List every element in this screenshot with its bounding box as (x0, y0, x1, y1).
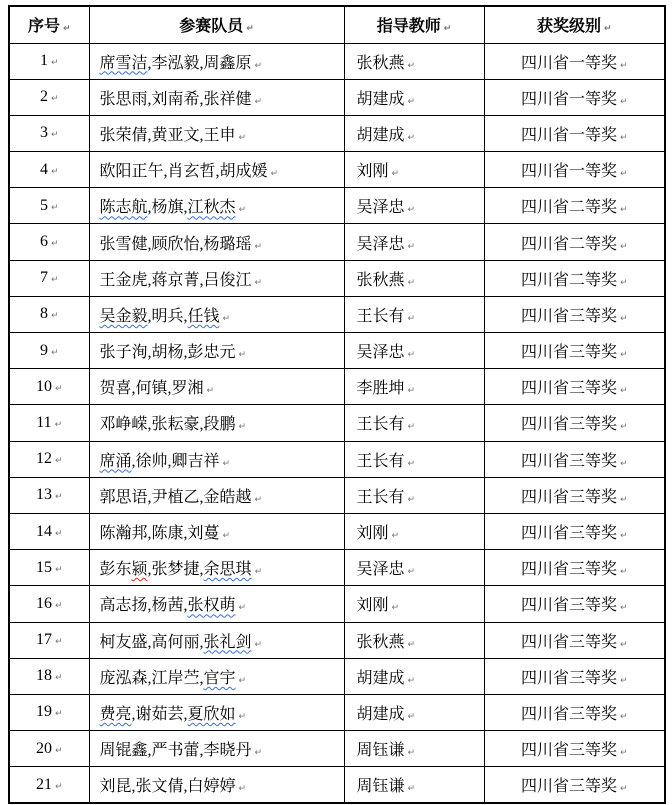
member-name: 官宇 (204, 670, 236, 687)
row-number: 18 (36, 667, 52, 684)
row-number-cell[interactable]: 18↵ (9, 658, 89, 694)
award-cell[interactable]: 四川省三等奖↵ (484, 405, 665, 441)
paragraph-mark-icon: ↵ (620, 278, 628, 288)
member-name: 庞泓森,江岸苎, (100, 670, 204, 687)
award-level: 四川省三等奖 (521, 742, 617, 759)
member-name: 夏欣如 (188, 706, 236, 723)
paragraph-mark-icon: ↵ (271, 169, 279, 179)
paragraph-mark-icon: ↵ (408, 133, 416, 143)
paragraph-mark-icon: ↵ (620, 603, 628, 613)
teacher-cell[interactable]: 王长有↵ (344, 477, 484, 513)
teacher-cell[interactable]: 刘刚↵ (344, 586, 484, 622)
row-number: 3 (40, 124, 48, 141)
award-level: 四川省一等奖 (521, 127, 617, 144)
paragraph-mark-icon: ↵ (620, 495, 628, 505)
table-row: 12↵席涌,徐帅,卿吉祥↵王长有↵四川省三等奖↵ (9, 441, 665, 477)
member-name: 张思雨,刘南希,张祥健 (100, 91, 252, 108)
award-table: 序号↵ 参赛队员↵ 指导教师↵ 获奖级别↵ 1↵席雪洁,李泓毅,周鑫原↵张秋燕↵… (8, 5, 666, 804)
row-number-cell[interactable]: 2↵ (9, 79, 89, 115)
table-header-row: 序号↵ 参赛队员↵ 指导教师↵ 获奖级别↵ (9, 6, 665, 43)
paragraph-mark-icon: ↵ (408, 567, 416, 577)
teacher-name: 周钰谦 (357, 742, 405, 759)
row-number: 6 (40, 233, 48, 250)
paragraph-mark-icon: ↵ (620, 350, 628, 360)
paragraph-mark-icon: ↵ (620, 422, 628, 432)
member-name: 王金虎,蒋京菁,吕俊江 (100, 272, 252, 289)
paragraph-mark-icon: ↵ (255, 97, 263, 107)
member-name: 陈志航 (100, 199, 148, 216)
row-number: 15 (36, 559, 52, 576)
award-cell[interactable]: 四川省三等奖↵ (484, 586, 665, 622)
member-name: 席雪洁 (100, 55, 148, 72)
row-number: 8 (40, 305, 48, 322)
table-row: 2↵张思雨,刘南希,张祥健↵胡建成↵四川省一等奖↵ (9, 79, 665, 115)
teacher-cell[interactable]: 张秋燕↵ (344, 622, 484, 658)
award-cell[interactable]: 四川省三等奖↵ (484, 767, 665, 803)
members-cell[interactable]: 邓峥嵘,张耘豪,段鹏↵ (89, 405, 344, 441)
award-cell[interactable]: 四川省三等奖↵ (484, 296, 665, 332)
member-name: ,杨旗, (148, 199, 188, 216)
paragraph-mark-icon: ↵ (246, 24, 254, 34)
row-number: 17 (36, 631, 52, 648)
teacher-name: 张秋燕 (357, 55, 405, 72)
row-number-cell[interactable]: 19↵ (9, 694, 89, 730)
paragraph-mark-icon: ↵ (239, 676, 247, 686)
teacher-cell[interactable]: 张秋燕↵ (344, 43, 484, 79)
paragraph-mark-icon: ↵ (620, 242, 628, 252)
paragraph-mark-icon: ↵ (51, 58, 59, 68)
teacher-cell[interactable]: 王长有↵ (344, 441, 484, 477)
teacher-name: 胡建成 (357, 670, 405, 687)
award-level: 四川省三等奖 (521, 778, 617, 795)
award-level: 四川省三等奖 (521, 670, 617, 687)
paragraph-mark-icon: ↵ (51, 239, 59, 249)
members-cell[interactable]: 席雪洁,李泓毅,周鑫原↵ (89, 43, 344, 79)
teacher-cell[interactable]: 刘刚↵ (344, 152, 484, 188)
header-cell-teacher[interactable]: 指导教师↵ (344, 6, 484, 43)
members-cell[interactable]: 欧阳正午,肖玄哲,胡成媛↵ (89, 152, 344, 188)
paragraph-mark-icon: ↵ (392, 531, 400, 541)
table-row: 6↵张雪健,顾欣怡,杨璐瑶↵吴泽忠↵四川省二等奖↵ (9, 224, 665, 260)
header-label-members: 参赛队员 (179, 18, 243, 35)
member-name: ,明兵, (148, 308, 188, 325)
members-cell[interactable]: 柯友盛,高何丽,张礼剑↵ (89, 622, 344, 658)
paragraph-mark-icon: ↵ (620, 531, 628, 541)
paragraph-mark-icon: ↵ (51, 311, 59, 321)
table-row: 21↵刘昆,张文倩,白婷婷↵周钰谦↵四川省三等奖↵ (9, 767, 665, 803)
teacher-name: 吴泽忠 (357, 344, 405, 361)
members-cell[interactable]: 贺喜,何镇,罗湘↵ (89, 369, 344, 405)
teacher-name: 吴泽忠 (357, 561, 405, 578)
table-row: 16↵高志扬,杨茜,张权萌↵刘刚↵四川省三等奖↵ (9, 586, 665, 622)
paragraph-mark-icon: ↵ (620, 784, 628, 794)
table-row: 14↵陈瀚邦,陈康,刘蔓↵刘刚↵四川省三等奖↵ (9, 513, 665, 549)
row-number-cell[interactable]: 12↵ (9, 441, 89, 477)
award-level: 四川省三等奖 (521, 380, 617, 397)
paragraph-mark-icon: ↵ (620, 676, 628, 686)
table-body: 1↵席雪洁,李泓毅,周鑫原↵张秋燕↵四川省一等奖↵2↵张思雨,刘南希,张祥健↵胡… (9, 43, 665, 803)
award-level: 四川省三等奖 (521, 597, 617, 614)
members-cell[interactable]: 席涌,徐帅,卿吉祥↵ (89, 441, 344, 477)
award-level: 四川省三等奖 (521, 416, 617, 433)
paragraph-mark-icon: ↵ (408, 314, 416, 324)
members-cell[interactable]: 郭思语,尹植乙,金皓越↵ (89, 477, 344, 513)
members-cell[interactable]: 高志扬,杨茜,张权萌↵ (89, 586, 344, 622)
paragraph-mark-icon: ↵ (604, 24, 612, 34)
award-level: 四川省三等奖 (521, 453, 617, 470)
row-number-cell[interactable]: 8↵ (9, 296, 89, 332)
award-level: 四川省三等奖 (521, 634, 617, 651)
members-cell[interactable]: 陈瀚邦,陈康,刘蔓↵ (89, 513, 344, 549)
teacher-cell[interactable]: 胡建成↵ (344, 658, 484, 694)
award-cell[interactable]: 四川省三等奖↵ (484, 694, 665, 730)
table-row: 5↵陈志航,杨旗,江秋杰↵吴泽忠↵四川省二等奖↵ (9, 188, 665, 224)
teacher-name: 胡建成 (357, 127, 405, 144)
row-number: 5 (40, 197, 48, 214)
row-number: 21 (36, 776, 52, 793)
member-name: 柯友盛,高何丽, (100, 634, 204, 651)
paragraph-mark-icon: ↵ (408, 495, 416, 505)
paragraph-mark-icon: ↵ (408, 278, 416, 288)
paragraph-mark-icon: ↵ (55, 637, 63, 647)
members-cell[interactable]: 庞泓森,江岸苎,官宇↵ (89, 658, 344, 694)
table-row: 19↵费亮,谢茹芸,夏欣如↵胡建成↵四川省三等奖↵ (9, 694, 665, 730)
award-level: 四川省三等奖 (521, 308, 617, 325)
header-label-teacher: 指导教师 (377, 18, 441, 35)
teacher-cell[interactable]: 吴泽忠↵ (344, 333, 484, 369)
row-number: 16 (36, 595, 52, 612)
paragraph-mark-icon: ↵ (408, 784, 416, 794)
members-cell[interactable]: 王金虎,蒋京菁,吕俊江↵ (89, 260, 344, 296)
paragraph-mark-icon: ↵ (223, 531, 231, 541)
paragraph-mark-icon: ↵ (620, 205, 628, 215)
teacher-name: 刘刚 (357, 163, 389, 180)
members-cell[interactable]: 周锟鑫,严书蕾,李晓丹↵ (89, 731, 344, 767)
header-label-award: 获奖级别 (537, 18, 601, 35)
paragraph-mark-icon: ↵ (408, 422, 416, 432)
table-row: 11↵邓峥嵘,张耘豪,段鹏↵王长有↵四川省三等奖↵ (9, 405, 665, 441)
paragraph-mark-icon: ↵ (620, 567, 628, 577)
row-number-cell[interactable]: 20↵ (9, 731, 89, 767)
members-cell[interactable]: 张荣倩,黄亚文,王申↵ (89, 115, 344, 151)
paragraph-mark-icon: ↵ (55, 456, 63, 466)
table-row: 3↵张荣倩,黄亚文,王申↵胡建成↵四川省一等奖↵ (9, 115, 665, 151)
paragraph-mark-icon: ↵ (408, 61, 416, 71)
paragraph-mark-icon: ↵ (51, 203, 59, 213)
member-name: ,谢茹芸, (132, 706, 188, 723)
row-number-cell[interactable]: 4↵ (9, 152, 89, 188)
award-cell[interactable]: 四川省三等奖↵ (484, 333, 665, 369)
teacher-name: 王长有 (357, 453, 405, 470)
paragraph-mark-icon: ↵ (55, 529, 63, 539)
row-number-cell[interactable]: 9↵ (9, 333, 89, 369)
paragraph-mark-icon: ↵ (207, 386, 215, 396)
paragraph-mark-icon: ↵ (620, 314, 628, 324)
paragraph-mark-icon: ↵ (444, 24, 452, 34)
row-number-cell[interactable]: 10↵ (9, 369, 89, 405)
teacher-name: 张秋燕 (357, 272, 405, 289)
paragraph-mark-icon: ↵ (408, 97, 416, 107)
paragraph-mark-icon: ↵ (63, 24, 71, 34)
member-name: 江秋杰 (188, 199, 236, 216)
row-number-cell[interactable]: 1↵ (9, 43, 89, 79)
row-number-cell[interactable]: 7↵ (9, 260, 89, 296)
table-row: 8↵吴金毅,明兵,任钱↵王长有↵四川省三等奖↵ (9, 296, 665, 332)
header-label-no: 序号 (28, 18, 60, 35)
table-row: 4↵欧阳正午,肖玄哲,胡成媛↵刘刚↵四川省一等奖↵ (9, 152, 665, 188)
member-name: ,李泓毅,周鑫原 (148, 55, 252, 72)
award-cell[interactable]: 四川省三等奖↵ (484, 513, 665, 549)
member-name: 吴金毅 (100, 308, 148, 325)
paragraph-mark-icon: ↵ (408, 748, 416, 758)
member-name: 郭思语,尹植乙,金皓越 (100, 489, 252, 506)
paragraph-mark-icon: ↵ (255, 495, 263, 505)
row-number: 2 (40, 88, 48, 105)
paragraph-mark-icon: ↵ (55, 709, 63, 719)
member-name: 张雪健,顾欣怡,杨璐瑶 (100, 236, 252, 253)
teacher-name: 刘刚 (357, 525, 389, 542)
paragraph-mark-icon: ↵ (223, 314, 231, 324)
paragraph-mark-icon: ↵ (408, 205, 416, 215)
teacher-cell[interactable]: 胡建成↵ (344, 115, 484, 151)
award-cell[interactable]: 四川省二等奖↵ (484, 260, 665, 296)
paragraph-mark-icon: ↵ (408, 676, 416, 686)
paragraph-mark-icon: ↵ (408, 712, 416, 722)
paragraph-mark-icon: ↵ (239, 784, 247, 794)
paragraph-mark-icon: ↵ (620, 61, 628, 71)
paragraph-mark-icon: ↵ (620, 712, 628, 722)
members-cell[interactable]: 张雪健,顾欣怡,杨璐瑶↵ (89, 224, 344, 260)
paragraph-mark-icon: ↵ (255, 640, 263, 650)
teacher-name: 王长有 (357, 308, 405, 325)
header-cell-no[interactable]: 序号↵ (9, 6, 89, 43)
teacher-name: 吴泽忠 (357, 236, 405, 253)
teacher-cell[interactable]: 周钰谦↵ (344, 731, 484, 767)
award-cell[interactable]: 四川省二等奖↵ (484, 188, 665, 224)
table-row: 17↵柯友盛,高何丽,张礼剑↵张秋燕↵四川省三等奖↵ (9, 622, 665, 658)
row-number-cell[interactable]: 16↵ (9, 586, 89, 622)
teacher-name: 刘刚 (357, 597, 389, 614)
table-row: 10↵贺喜,何镇,罗湘↵李胜坤↵四川省三等奖↵ (9, 369, 665, 405)
award-cell[interactable]: 四川省二等奖↵ (484, 224, 665, 260)
teacher-name: 王长有 (357, 489, 405, 506)
paragraph-mark-icon: ↵ (223, 459, 231, 469)
member-name: ,徐帅,卿吉祥 (132, 453, 220, 470)
members-cell[interactable]: 张子洵,胡杨,彭忠元↵ (89, 333, 344, 369)
paragraph-mark-icon: ↵ (620, 459, 628, 469)
paragraph-mark-icon: ↵ (51, 130, 59, 140)
paragraph-mark-icon: ↵ (620, 386, 628, 396)
award-level: 四川省三等奖 (521, 561, 617, 578)
row-number-cell[interactable]: 15↵ (9, 550, 89, 586)
members-cell[interactable]: 陈志航,杨旗,江秋杰↵ (89, 188, 344, 224)
paragraph-mark-icon: ↵ (51, 94, 59, 104)
teacher-cell[interactable]: 王长有↵ (344, 405, 484, 441)
row-number-cell[interactable]: 17↵ (9, 622, 89, 658)
header-cell-award[interactable]: 获奖级别↵ (484, 6, 665, 43)
member-name: 费亮 (100, 706, 132, 723)
award-level: 四川省二等奖 (521, 236, 617, 253)
teacher-name: 周钰谦 (357, 778, 405, 795)
paragraph-mark-icon: ↵ (392, 603, 400, 613)
row-number: 12 (36, 450, 52, 467)
teacher-cell[interactable]: 吴泽忠↵ (344, 550, 484, 586)
teacher-cell[interactable]: 周钰谦↵ (344, 767, 484, 803)
row-number-cell[interactable]: 13↵ (9, 477, 89, 513)
table-row: 13↵郭思语,尹植乙,金皓越↵王长有↵四川省三等奖↵ (9, 477, 665, 513)
member-name: 张礼剑 (204, 634, 252, 651)
award-level: 四川省一等奖 (521, 163, 617, 180)
paragraph-mark-icon: ↵ (392, 169, 400, 179)
award-cell[interactable]: 四川省三等奖↵ (484, 441, 665, 477)
paragraph-mark-icon: ↵ (408, 350, 416, 360)
member-name: 颍 (132, 561, 148, 578)
paragraph-mark-icon: ↵ (239, 603, 247, 613)
paragraph-mark-icon: ↵ (620, 640, 628, 650)
members-cell[interactable]: 彭东颍,张梦捷,余思琪↵ (89, 550, 344, 586)
row-number-cell[interactable]: 6↵ (9, 224, 89, 260)
table-row: 20↵周锟鑫,严书蕾,李晓丹↵周钰谦↵四川省三等奖↵ (9, 731, 665, 767)
member-name: 张荣倩,黄亚文,王申 (100, 127, 236, 144)
paragraph-mark-icon: ↵ (255, 567, 263, 577)
teacher-name: 张秋燕 (357, 634, 405, 651)
member-name: 彭东 (100, 561, 132, 578)
table-row: 15↵彭东颍,张梦捷,余思琪↵吴泽忠↵四川省三等奖↵ (9, 550, 665, 586)
teacher-cell[interactable]: 胡建成↵ (344, 79, 484, 115)
award-level: 四川省三等奖 (521, 344, 617, 361)
row-number: 14 (36, 523, 52, 540)
teacher-cell[interactable]: 吴泽忠↵ (344, 188, 484, 224)
paragraph-mark-icon: ↵ (408, 640, 416, 650)
teacher-name: 胡建成 (357, 91, 405, 108)
members-cell[interactable]: 刘昆,张文倩,白婷婷↵ (89, 767, 344, 803)
paragraph-mark-icon: ↵ (55, 601, 63, 611)
paragraph-mark-icon: ↵ (55, 782, 63, 792)
paragraph-mark-icon: ↵ (255, 748, 263, 758)
award-cell[interactable]: 四川省一等奖↵ (484, 115, 665, 151)
paragraph-mark-icon: ↵ (55, 565, 63, 575)
teacher-cell[interactable]: 王长有↵ (344, 296, 484, 332)
paragraph-mark-icon: ↵ (51, 348, 59, 358)
paragraph-mark-icon: ↵ (55, 673, 63, 683)
row-number: 11 (36, 414, 51, 431)
paragraph-mark-icon: ↵ (620, 748, 628, 758)
teacher-cell[interactable]: 刘刚↵ (344, 513, 484, 549)
member-name: 高志扬,杨茜, (100, 597, 188, 614)
award-cell[interactable]: 四川省一等奖↵ (484, 152, 665, 188)
paragraph-mark-icon: ↵ (620, 169, 628, 179)
row-number: 1 (40, 52, 48, 69)
paragraph-mark-icon: ↵ (255, 61, 263, 71)
member-name: 邓峥嵘,张耘豪,段鹏 (100, 416, 236, 433)
member-name: 张子洵,胡杨,彭忠元 (100, 344, 236, 361)
row-number: 19 (36, 703, 52, 720)
row-number: 7 (40, 269, 48, 286)
award-cell[interactable]: 四川省三等奖↵ (484, 550, 665, 586)
award-cell[interactable]: 四川省三等奖↵ (484, 731, 665, 767)
award-cell[interactable]: 四川省三等奖↵ (484, 369, 665, 405)
row-number-cell[interactable]: 14↵ (9, 513, 89, 549)
row-number: 10 (36, 378, 52, 395)
teacher-name: 王长有 (357, 416, 405, 433)
member-name: ,张梦捷, (148, 561, 204, 578)
row-number-cell[interactable]: 21↵ (9, 767, 89, 803)
award-level: 四川省二等奖 (521, 199, 617, 216)
paragraph-mark-icon: ↵ (55, 420, 63, 430)
teacher-name: 吴泽忠 (357, 199, 405, 216)
row-number: 13 (36, 486, 52, 503)
header-cell-members[interactable]: 参赛队员↵ (89, 6, 344, 43)
row-number: 4 (40, 161, 48, 178)
table-row: 9↵张子洵,胡杨,彭忠元↵吴泽忠↵四川省三等奖↵ (9, 333, 665, 369)
paragraph-mark-icon: ↵ (55, 384, 63, 394)
members-cell[interactable]: 费亮,谢茹芸,夏欣如↵ (89, 694, 344, 730)
table-row: 7↵王金虎,蒋京菁,吕俊江↵张秋燕↵四川省二等奖↵ (9, 260, 665, 296)
teacher-cell[interactable]: 李胜坤↵ (344, 369, 484, 405)
paragraph-mark-icon: ↵ (408, 386, 416, 396)
members-cell[interactable]: 吴金毅,明兵,任钱↵ (89, 296, 344, 332)
member-name: 张权萌 (188, 597, 236, 614)
paragraph-mark-icon: ↵ (255, 242, 263, 252)
award-level: 四川省三等奖 (521, 706, 617, 723)
award-level: 四川省一等奖 (521, 55, 617, 72)
award-cell[interactable]: 四川省三等奖↵ (484, 477, 665, 513)
member-name: 周锟鑫,严书蕾,李晓丹 (100, 742, 252, 759)
member-name: 席涌 (100, 453, 132, 470)
paragraph-mark-icon: ↵ (408, 242, 416, 252)
teacher-name: 李胜坤 (357, 380, 405, 397)
award-level: 四川省三等奖 (521, 489, 617, 506)
award-level: 四川省二等奖 (521, 272, 617, 289)
table-header: 序号↵ 参赛队员↵ 指导教师↵ 获奖级别↵ (9, 6, 665, 43)
row-number: 9 (40, 342, 48, 359)
teacher-name: 胡建成 (357, 706, 405, 723)
paragraph-mark-icon: ↵ (239, 133, 247, 143)
paragraph-mark-icon: ↵ (239, 350, 247, 360)
award-cell[interactable]: 四川省三等奖↵ (484, 658, 665, 694)
paragraph-mark-icon: ↵ (239, 205, 247, 215)
member-name: 余思琪 (204, 561, 252, 578)
teacher-cell[interactable]: 胡建成↵ (344, 694, 484, 730)
paragraph-mark-icon: ↵ (51, 275, 59, 285)
paragraph-mark-icon: ↵ (55, 492, 63, 502)
teacher-cell[interactable]: 吴泽忠↵ (344, 224, 484, 260)
table-row: 1↵席雪洁,李泓毅,周鑫原↵张秋燕↵四川省一等奖↵ (9, 43, 665, 79)
row-number-cell[interactable]: 5↵ (9, 188, 89, 224)
row-number-cell[interactable]: 11↵ (9, 405, 89, 441)
award-level: 四川省三等奖 (521, 525, 617, 542)
document-page: 序号↵ 参赛队员↵ 指导教师↵ 获奖级别↵ 1↵席雪洁,李泓毅,周鑫原↵张秋燕↵… (0, 0, 672, 805)
award-cell[interactable]: 四川省一等奖↵ (484, 43, 665, 79)
row-number-cell[interactable]: 3↵ (9, 115, 89, 151)
members-cell[interactable]: 张思雨,刘南希,张祥健↵ (89, 79, 344, 115)
member-name: 欧阳正午,肖玄哲,胡成媛 (100, 163, 268, 180)
teacher-cell[interactable]: 张秋燕↵ (344, 260, 484, 296)
member-name: 任钱 (188, 308, 220, 325)
paragraph-mark-icon: ↵ (239, 712, 247, 722)
paragraph-mark-icon: ↵ (51, 167, 59, 177)
award-cell[interactable]: 四川省三等奖↵ (484, 622, 665, 658)
row-number: 20 (36, 740, 52, 757)
paragraph-mark-icon: ↵ (239, 422, 247, 432)
award-cell[interactable]: 四川省一等奖↵ (484, 79, 665, 115)
member-name: 刘昆,张文倩,白婷婷 (100, 778, 236, 795)
member-name: 陈瀚邦,陈康,刘蔓 (100, 525, 220, 542)
paragraph-mark-icon: ↵ (255, 278, 263, 288)
member-name: 贺喜,何镇,罗湘 (100, 380, 204, 397)
paragraph-mark-icon: ↵ (620, 133, 628, 143)
paragraph-mark-icon: ↵ (620, 97, 628, 107)
